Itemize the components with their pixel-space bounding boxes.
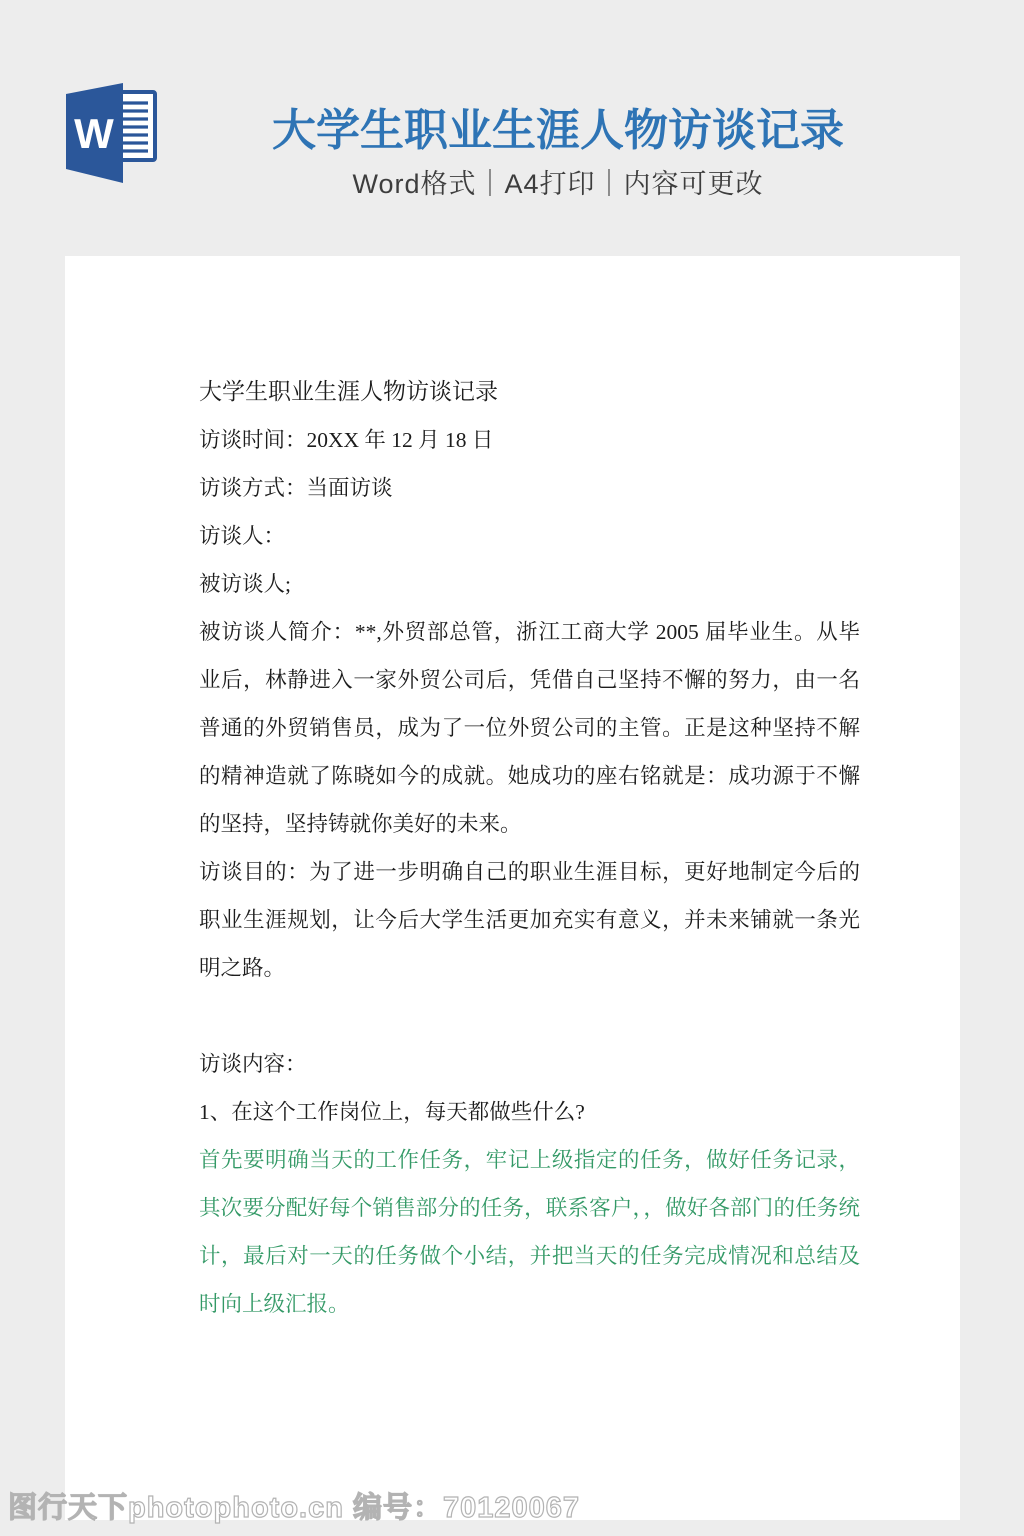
watermark: 图行天下photophoto.cn 编号：70120067 <box>8 1485 580 1526</box>
svg-text:W: W <box>74 110 114 157</box>
paragraph-interview-content-heading: 访谈内容： <box>199 1040 860 1088</box>
paragraph-question-1: 1、在这个工作岗位上，每天都做些什么? <box>199 1088 860 1136</box>
document-title: 大学生职业生涯人物访谈记录 <box>199 368 860 416</box>
page-subtitle: Word格式｜A4打印｜内容可更改 <box>160 162 956 201</box>
paragraph-answer-1: 首先要明确当天的工作任务，牢记上级指定的任务，做好任务记录，其次要分配好每个销售… <box>199 1136 860 1328</box>
paragraph-interview-method: 访谈方式：当面访谈 <box>199 464 860 512</box>
paragraph-interviewee: 被访谈人; <box>199 560 860 608</box>
paragraph-interviewee-profile: 被访谈人简介：**,外贸部总管，浙江工商大学 2005 届毕业生。从毕业后，林静… <box>199 608 860 848</box>
paragraph-interview-time: 访谈时间：20XX 年 12 月 18 日 <box>199 416 860 464</box>
document-page: 大学生职业生涯人物访谈记录 访谈时间：20XX 年 12 月 18 日 访谈方式… <box>65 256 960 1520</box>
word-icon: W <box>57 80 161 196</box>
page-title: 大学生职业生涯人物访谈记录 <box>160 94 956 158</box>
paragraph-interview-purpose: 访谈目的：为了进一步明确自己的职业生涯目标，更好地制定今后的职业生涯规划，让今后… <box>199 848 860 992</box>
paragraph-interviewer: 访谈人： <box>199 512 860 560</box>
